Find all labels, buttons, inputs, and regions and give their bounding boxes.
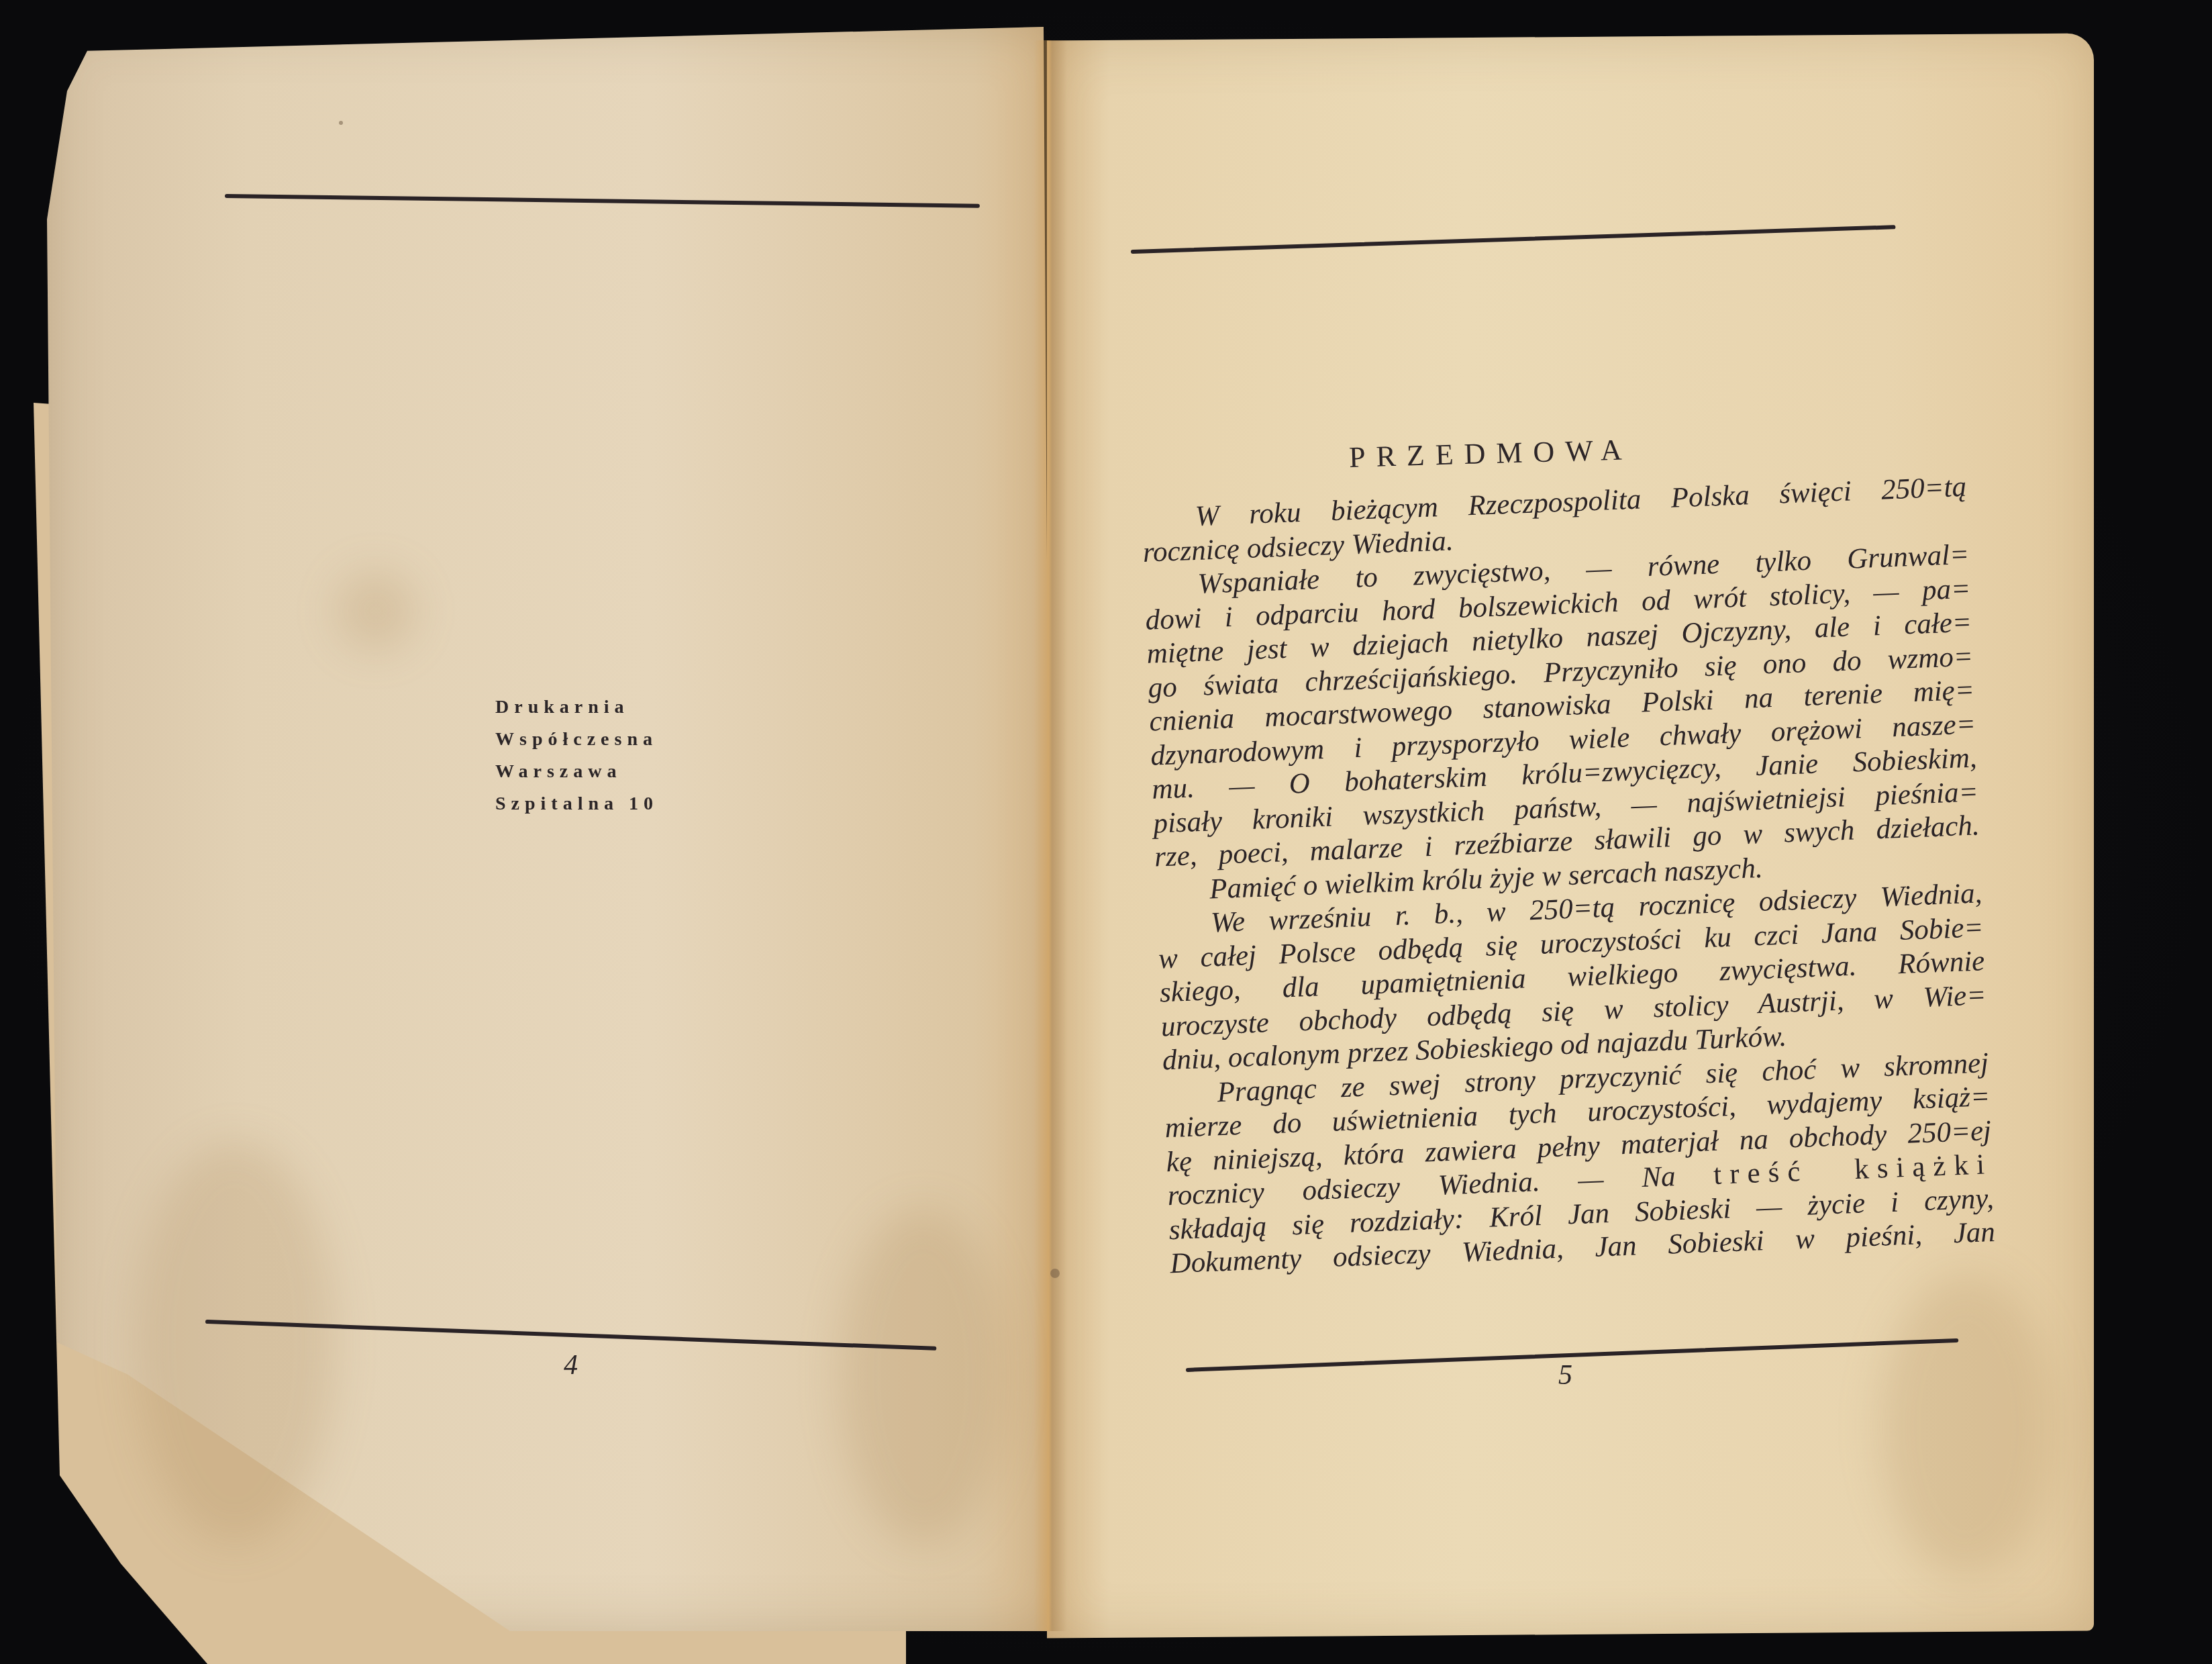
water-stain [336,571,416,651]
imprint-line: Warszawa [495,756,658,788]
water-stain [839,1208,1007,1544]
paper-speck [1050,1269,1060,1278]
left-page-number: 4 [564,1349,578,1381]
imprint-line: Szpitalna 10 [495,788,658,820]
book-gutter [1034,40,1067,1631]
water-stain [134,1141,336,1544]
imprint-line: Drukarnia [495,691,658,724]
preface-text: W roku bieżącym Rzeczpospolita Polska św… [1141,471,1996,1281]
paper-speck [339,121,343,125]
water-stain [1879,1275,2054,1577]
right-page-number: 5 [1558,1359,1572,1391]
printer-imprint: Drukarnia Współczesna Warszawa Szpitalna… [495,691,658,820]
imprint-line: Współczesna [495,724,658,756]
